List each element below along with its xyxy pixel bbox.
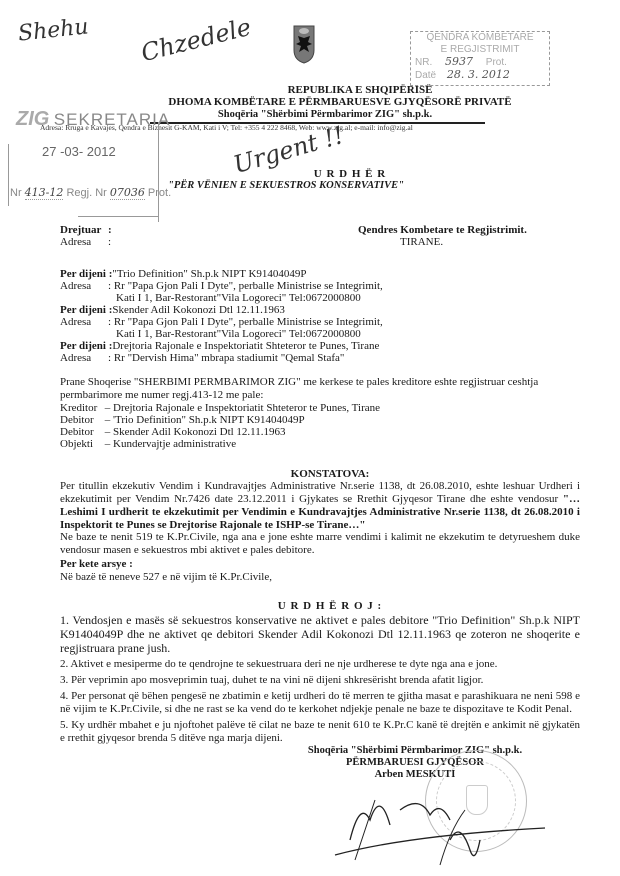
case-party-row: Objekti – Kundervajtje administrative [60, 438, 236, 450]
konstatova-heading: KONSTATOVA: [200, 468, 460, 480]
konstatova-paragraph-1: Per titullin ekzekutiv Vendim i Kundrava… [60, 480, 580, 532]
party-value: 'Trio Definition" Sh.p.k NIPT K91404049P [113, 414, 305, 426]
reasons-text: Në bazë të neneve 527 e në vijim të K.Pr… [60, 571, 272, 584]
notified-address-row: Kati I 1, Bar-Restorant"Vila Logoreci" T… [60, 292, 361, 304]
notified-address-row: Adresa: Rr "Papa Gjon Pali I Dyte", perb… [60, 280, 383, 292]
notified-value: "Trio Definition" Sh.p.k NIPT K91404049P [112, 268, 306, 280]
notified-address-line: Kati I 1, Bar-Restorant"Vila Logoreci" T… [116, 328, 361, 340]
addressee-to-label: Drejtuar [60, 224, 108, 236]
addressee-addr-row: Adresa: [60, 236, 111, 248]
order-item: 4. Per personat që bëhen pengesë ne zbat… [60, 690, 580, 716]
zig-logo-icon: ZIG [16, 108, 49, 130]
party-label: Debitor [60, 414, 102, 426]
registry-prot-label: Prot. [486, 57, 507, 68]
konstatova-paragraph-2: Ne baze te nenit 519 te K.Pr.Civile, nga… [60, 531, 580, 557]
case-intro-line1: Prane Shoqerise "SHERBIMI PERMBARIMOR ZI… [60, 376, 580, 389]
registry-stamp: QENDRA KOMBETARE E REGJISTRIMIT NR. 5937… [410, 31, 550, 86]
party-label: Kreditor [60, 402, 102, 414]
case-intro: Prane Shoqerise "SHERBIMI PERMBARIMOR ZI… [60, 376, 580, 402]
notified-address-row: Kati I 1, Bar-Restorant"Vila Logoreci" T… [60, 328, 361, 340]
notified-address-line: Rr "Dervish Hima" mbrapa stadiumit "Qema… [114, 352, 345, 364]
notified-address-line: Rr "Papa Gjon Pali I Dyte", perballe Min… [114, 280, 383, 292]
notified-label: Per dijeni [60, 268, 106, 280]
handwritten-signature-icon [330, 780, 550, 870]
registry-date-label: Datë [415, 70, 436, 81]
reasons-heading: Per kete arsye : [60, 558, 133, 571]
party-value: Kundervajtje administrative [113, 438, 236, 450]
order-items: 1. Vendosjen e masës së sekuestros konse… [60, 613, 580, 748]
addressee-to-row: Drejtuar: [60, 224, 112, 236]
registry-stamp-line1: QENDRA KOMBETARE [411, 32, 549, 44]
notified-party-row: Per dijeni :"Trio Definition" Sh.p.k NIP… [60, 268, 307, 280]
notified-address-label: Adresa [60, 316, 108, 328]
case-party-row: Kreditor – Drejtoria Rajonale e Inspekto… [60, 402, 380, 414]
notified-value: Drejtoria Rajonale e Inspektoriatit Shte… [112, 340, 379, 352]
party-label: Debitor [60, 426, 102, 438]
notified-label: Per dijeni [60, 340, 106, 352]
header-company: Shoqëria "Shërbimi Përmbarimor ZIG" sh.p… [160, 109, 490, 120]
party-value: Skender Adil Kokonozi Dtl 12.11.1963 [113, 426, 286, 438]
signature-company: Shoqëria "Shërbimi Përmbarimor ZIG" sh.p… [290, 745, 540, 756]
notified-party-row: Per dijeni :Drejtoria Rajonale e Inspekt… [60, 340, 379, 352]
registry-nr-label: NR. [415, 57, 432, 68]
notified-value: Skender Adil Kokonozi Dtl 12.11.1963 [112, 304, 285, 316]
order-item: 1. Vendosjen e masës së sekuestros konse… [60, 613, 580, 655]
party-label: Objekti [60, 438, 102, 450]
secretariat-title: SEKRETARIA [54, 110, 170, 129]
case-party-row: Debitor – Skender Adil Kokonozi Dtl 12.1… [60, 426, 286, 438]
secretariat-stamp: ZIG SEKRETARIA 27 -03- 2012 Nr 413-12 Re… [8, 104, 158, 224]
notified-address-row: Adresa: Rr "Papa Gjon Pali I Dyte", perb… [60, 316, 383, 328]
secretariat-regj-label: Regj. Nr [66, 187, 106, 199]
notified-address-line: Rr "Papa Gjon Pali I Dyte", perballe Min… [114, 316, 383, 328]
registry-nr-value: 5937 [445, 55, 473, 68]
notified-address-label: Adresa [60, 280, 108, 292]
party-value: Drejtoria Rajonale e Inspektoriatit Shte… [113, 402, 380, 414]
addressee-addr-label: Adresa [60, 236, 108, 248]
notified-address-row: Adresa: Rr "Dervish Hima" mbrapa stadium… [60, 352, 344, 364]
notified-address-line: Kati I 1, Bar-Restorant"Vila Logoreci" T… [116, 292, 361, 304]
secretariat-regj-value: 413-12 [25, 186, 64, 200]
document-title: U R D H Ë R [200, 168, 500, 180]
coat-of-arms-icon [293, 24, 315, 64]
registry-date-value: 28. 3. 2012 [447, 68, 510, 81]
secretariat-nr-label: Nr [10, 187, 22, 199]
case-intro-line2: permbarimore me numer regj.413-12 me pal… [60, 389, 580, 402]
registry-stamp-line2: E REGJISTRIMIT [411, 44, 549, 56]
addressee-addr-value: TIRANE. [400, 236, 443, 249]
document-subtitle: "PËR VËNIEN E SEKUESTROS KONSERVATIVE" [168, 180, 404, 191]
urdheroj-heading: U R D H Ë R O J : [200, 600, 460, 612]
notified-address-label: Adresa [60, 352, 108, 364]
secretariat-prot-value: 07036 [110, 186, 145, 200]
konstatova-para1-plain: Per titullin ekzekutiv Vendim i Kundrava… [60, 480, 580, 505]
notified-label: Per dijeni [60, 304, 106, 316]
order-item: 2. Aktivet e mesiperme do te qendrojne t… [60, 658, 580, 671]
handwritten-signature-top: Chzedele [138, 13, 254, 67]
case-party-row: Debitor – 'Trio Definition" Sh.p.k NIPT … [60, 414, 305, 426]
order-item: 5. Ky urdhër mbahet e ju njoftohet palëv… [60, 719, 580, 745]
notified-party-row: Per dijeni :Skender Adil Kokonozi Dtl 12… [60, 304, 285, 316]
order-item: 3. Për veprimin apo mosveprimin tuaj, du… [60, 674, 580, 687]
handwritten-note-shehu: Shehu [17, 14, 90, 46]
secretariat-date: 27 -03- 2012 [42, 144, 116, 159]
header-chamber: DHOMA KOMBËTARE E PËRMBARUESVE GJYQËSORË… [120, 96, 560, 108]
